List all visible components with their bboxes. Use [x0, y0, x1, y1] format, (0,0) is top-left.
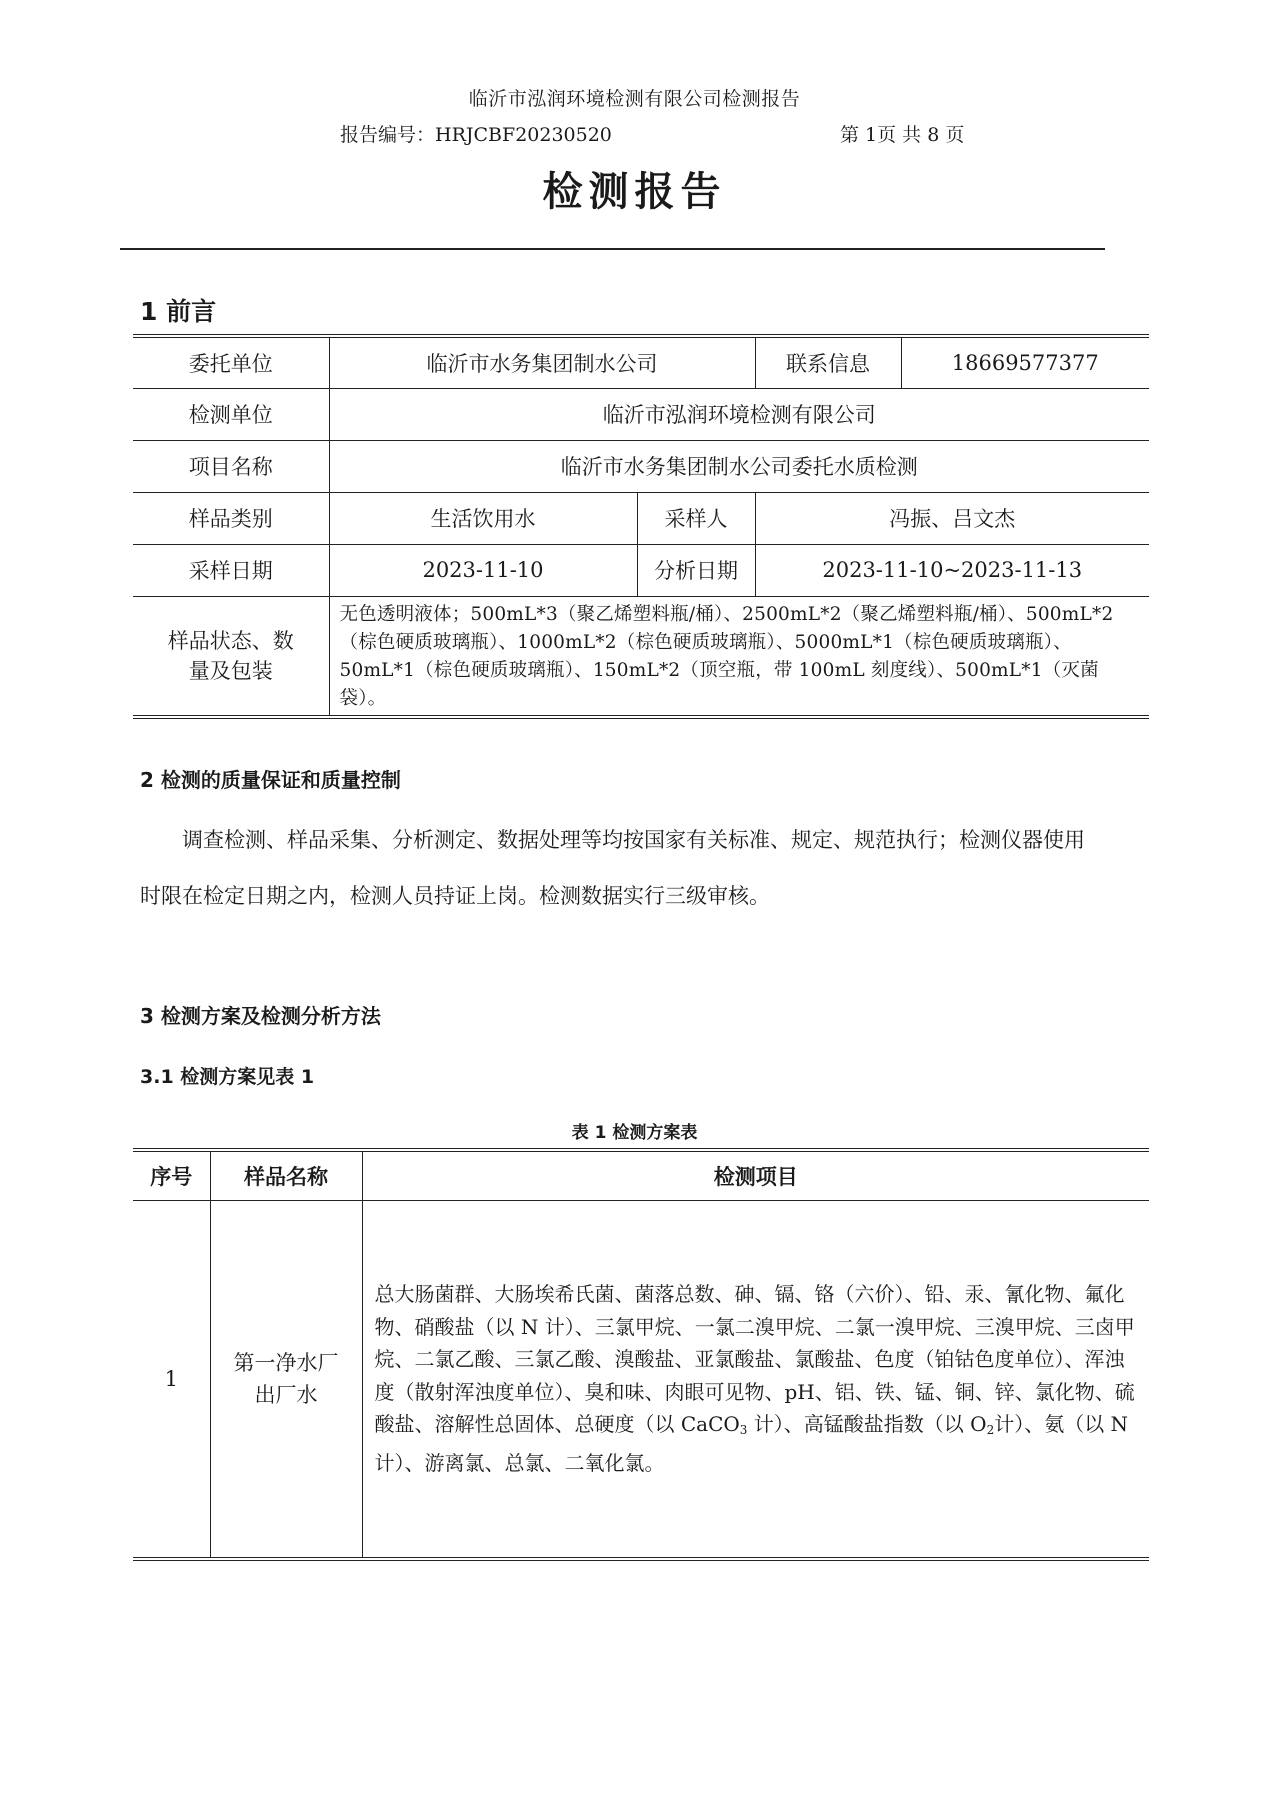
section-2-heading: 2 检测的质量保证和质量控制: [140, 764, 401, 793]
column-header-sample-name: 样品名称: [210, 1150, 362, 1201]
section-1-heading: 1 前言: [140, 292, 216, 328]
client-label: 委托单位: [133, 336, 329, 388]
section-3-heading: 3 检测方案及检测分析方法: [140, 1000, 381, 1029]
table-row: 委托单位 临沂市水务集团制水公司 联系信息 18669577377: [133, 336, 1149, 388]
table-row: 样品状态、数 量及包装 无色透明液体；500mL*3（聚乙烯塑料瓶/桶）、250…: [133, 596, 1149, 717]
company-report-header: 临沂市泓润环境检测有限公司检测报告: [0, 84, 1269, 111]
client-value: 临沂市水务集团制水公司: [329, 336, 755, 388]
test-plan-table: 序号 样品名称 检测项目 1 第一净水厂出厂水 总大肠菌群、大肠埃希氏菌、菌落总…: [133, 1148, 1149, 1561]
quality-control-paragraph: 调查检测、样品采集、分析测定、数据处理等均按国家有关标准、规定、规范执行；检测仪…: [140, 812, 1100, 924]
column-header-test-items: 检测项目: [362, 1150, 1149, 1201]
contact-value: 18669577377: [901, 336, 1149, 388]
report-number-label: 报告编号：: [340, 124, 435, 146]
report-number: 报告编号：HRJCBF20230520: [340, 120, 612, 147]
sampling-date-value: 2023-11-10: [329, 544, 637, 596]
row-index: 1: [133, 1201, 210, 1559]
project-value: 临沂市水务集团制水公司委托水质检测: [329, 440, 1149, 492]
table-row: 检测单位 临沂市泓润环境检测有限公司: [133, 388, 1149, 440]
package-value: 无色透明液体；500mL*3（聚乙烯塑料瓶/桶）、2500mL*2（聚乙烯塑料瓶…: [329, 596, 1149, 717]
lab-label: 检测单位: [133, 388, 329, 440]
table-row: 样品类别 生活饮用水 采样人 冯振、吕文杰: [133, 492, 1149, 544]
column-header-index: 序号: [133, 1150, 210, 1201]
analysis-date-value: 2023-11-10~2023-11-13: [755, 544, 1149, 596]
package-label-line1: 样品状态、数: [133, 626, 329, 656]
table-row: 1 第一净水厂出厂水 总大肠菌群、大肠埃希氏菌、菌落总数、砷、镉、铬（六价）、铅…: [133, 1201, 1149, 1559]
sampler-value: 冯振、吕文杰: [755, 492, 1149, 544]
section-3-1-heading: 3.1 检测方案见表 1: [140, 1062, 314, 1089]
title-divider: [120, 248, 1105, 250]
report-number-value: HRJCBF20230520: [435, 124, 612, 146]
row-sample-name: 第一净水厂出厂水: [210, 1201, 362, 1559]
package-label: 样品状态、数 量及包装: [133, 596, 329, 717]
document-title: 检测报告: [0, 160, 1269, 217]
analysis-date-label: 分析日期: [637, 544, 755, 596]
sampling-date-label: 采样日期: [133, 544, 329, 596]
lab-value: 临沂市泓润环境检测有限公司: [329, 388, 1149, 440]
table-row: 项目名称 临沂市水务集团制水公司委托水质检测: [133, 440, 1149, 492]
basic-info-table: 委托单位 临沂市水务集团制水公司 联系信息 18669577377 检测单位 临…: [133, 334, 1149, 719]
sampler-label: 采样人: [637, 492, 755, 544]
table-row: 采样日期 2023-11-10 分析日期 2023-11-10~2023-11-…: [133, 544, 1149, 596]
row-test-items: 总大肠菌群、大肠埃希氏菌、菌落总数、砷、镉、铬（六价）、铅、汞、氰化物、氟化物、…: [362, 1201, 1149, 1559]
contact-label: 联系信息: [755, 336, 901, 388]
table-caption: 表 1 检测方案表: [0, 1118, 1269, 1143]
page-indicator: 第 1页 共 8 页: [840, 120, 964, 147]
sample-type-value: 生活饮用水: [329, 492, 637, 544]
project-label: 项目名称: [133, 440, 329, 492]
sample-type-label: 样品类别: [133, 492, 329, 544]
package-label-line2: 量及包装: [133, 656, 329, 686]
table-header-row: 序号 样品名称 检测项目: [133, 1150, 1149, 1201]
